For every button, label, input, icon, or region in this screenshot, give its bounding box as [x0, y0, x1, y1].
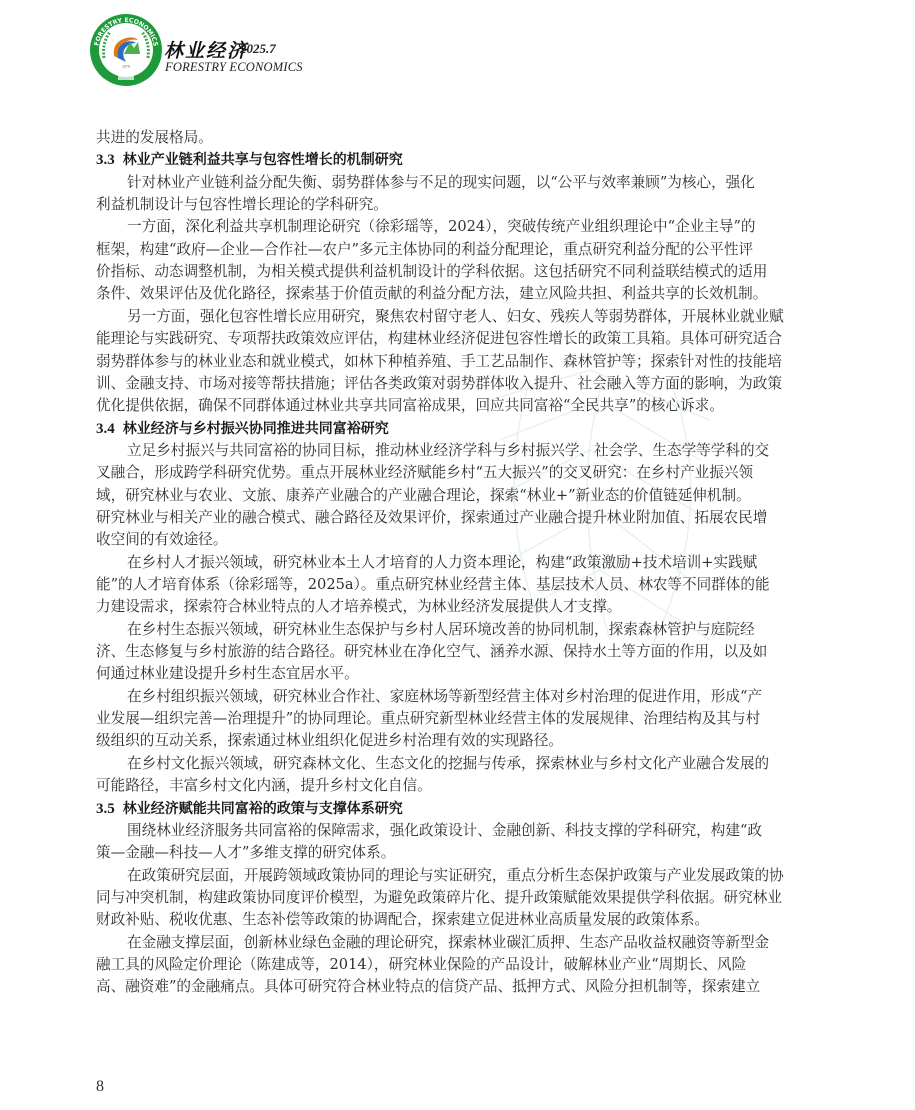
- paragraph-line: 价指标、动态调整机制，为相关模式提供利益机制设计的学科依据。这包括研究不同利益联…: [96, 262, 818, 282]
- section-heading: 3.3林业产业链利益共享与包容性增长的机制研究: [96, 150, 818, 170]
- paragraph-line: 条件、效果评估及优化路径，探索基于价值贡献的利益分配方法，建立风险共担、利益共享…: [96, 284, 818, 304]
- paragraph-line: 收空间的有效途径。: [96, 530, 818, 550]
- paragraph-line: 财政补贴、税收优惠、生态补偿等政策的协调配合，探索建立促进林业高质量发展的政策体…: [96, 910, 818, 930]
- paragraph-line: 利益机制设计与包容性增长理论的学科研究。: [96, 195, 818, 215]
- issue-number: 2025.7: [240, 41, 276, 57]
- section-title: 林业产业链利益共享与包容性增长的机制研究: [123, 152, 403, 168]
- paragraph-line: 力建设需求，探索符合林业特点的人才培养模式，为林业经济发展提供人才支撑。: [96, 597, 818, 617]
- paragraph-first-line: 在政策研究层面，开展跨领域政策协同的理论与实证研究，重点分析生态保护政策与产业发…: [127, 866, 818, 886]
- paragraph-first-line: 在乡村组织振兴领域，研究林业合作社、家庭林场等新型经营主体对乡村治理的促进作用，…: [127, 687, 818, 707]
- paragraph-line: 业发展—组织完善—治理提升”的协同理论。重点研究新型林业经营主体的发展规律、治理…: [96, 709, 818, 729]
- section-title: 林业经济赋能共同富裕的政策与支撑体系研究: [123, 801, 403, 817]
- paragraph-first-line: 在乡村文化振兴领域，研究森林文化、生态文化的挖掘与传承，探索林业与乡村文化产业融…: [127, 754, 818, 774]
- paragraph-line: 济、生态修复与乡村旅游的结合路径。研究林业在净化空气、涵养水源、保持水土等方面的…: [96, 642, 818, 662]
- section-title: 林业经济与乡村振兴协同推进共同富裕研究: [123, 421, 389, 437]
- section-number: 3.5: [96, 801, 115, 817]
- section-number: 3.4: [96, 421, 115, 437]
- paragraph-line: 能理论与实践研究、专项帮扶政策效应评估，构建林业经济促进包容性增长的政策工具箱。…: [96, 329, 818, 349]
- paragraph-line: 叉融合，形成跨学科研究优势。重点开展林业经济赋能乡村“五大振兴”的交叉研究：在乡…: [96, 463, 818, 483]
- journal-title-en: FORESTRY ECONOMICS: [165, 60, 303, 75]
- page-number: 8: [96, 1078, 104, 1096]
- section-heading: 3.5林业经济赋能共同富裕的政策与支撑体系研究: [96, 799, 818, 819]
- paragraph-first-line: 一方面，深化利益共享机制理论研究（徐彩瑶等，2024），突破传统产业组织理论中“…: [127, 217, 818, 237]
- section-heading: 3.4林业经济与乡村振兴协同推进共同富裕研究: [96, 419, 818, 439]
- paragraph-first-line: 另一方面，强化包容性增长应用研究，聚焦农村留守老人、妇女、残疾人等弱势群体，开展…: [127, 307, 818, 327]
- journal-header: FORESTRY ECONOMICS 1979 林业经济 2025.7 FORE…: [88, 12, 348, 92]
- paragraph-line: 优化提供依据，确保不同群体通过林业共享共同富裕成果，回应共同富裕“全民共享”的核…: [96, 396, 818, 416]
- paragraph-first-line: 针对林业产业链利益分配失衡、弱势群体参与不足的现实问题，以“公平与效率兼顾”为核…: [127, 173, 818, 193]
- paragraph-line: 级组织的互动关系，探索通过林业组织化促进乡村治理有效的实现路径。: [96, 731, 818, 751]
- paragraph-line: 可能路径，丰富乡村文化内涵，提升乡村文化自信。: [96, 776, 818, 796]
- paragraph-line: 弱势群体参与的林业业态和就业模式，如林下种植养殖、手工艺品制作、森林管护等；探索…: [96, 352, 818, 372]
- paragraph-first-line: 围绕林业经济服务共同富裕的保障需求，强化政策设计、金融创新、科技支撑的学科研究，…: [127, 821, 818, 841]
- paragraph-line: 同与冲突机制，构建政策协同度评价模型，为避免政策碎片化、提升政策赋能效果提供学科…: [96, 888, 818, 908]
- paragraph-line: 策—金融—科技—人才”多维支撑的研究体系。: [96, 843, 818, 863]
- paragraph-line: 共进的发展格局。: [96, 128, 818, 148]
- paragraph-line: 框架，构建“政府—企业—合作社—农户”多元主体协同的利益分配理论，重点研究利益分…: [96, 240, 818, 260]
- paragraph-line: 训、金融支持、市场对接等帮扶措施；评估各类政策对弱势群体收入提升、社会融入等方面…: [96, 374, 818, 394]
- paragraph-line: 能”的人才培育体系（徐彩瑶等，2025a）。重点研究林业经营主体、基层技术人员、…: [96, 575, 818, 595]
- paragraph-line: 何通过林业建设提升乡村生态宜居水平。: [96, 664, 818, 684]
- paragraph-first-line: 立足乡村振兴与共同富裕的协同目标，推动林业经济学科与乡村振兴学、社会学、生态学等…: [127, 441, 818, 461]
- paragraph-first-line: 在金融支撑层面，创新林业绿色金融的理论研究，探索林业碳汇质押、生态产品收益权融资…: [127, 933, 818, 953]
- paragraph-line: 研究林业与相关产业的融合模式、融合路径及效果评价，探索通过产业融合提升林业附加值…: [96, 508, 818, 528]
- paragraph-line: 高、融资难”的金融痛点。具体可研究符合林业特点的信贷产品、抵押方式、风险分担机制…: [96, 977, 818, 997]
- paragraph-first-line: 在乡村生态振兴领域，研究林业生态保护与乡村人居环境改善的协同机制，探索森林管护与…: [127, 620, 818, 640]
- section-number: 3.3: [96, 152, 115, 168]
- journal-title-cn: 林业经济: [164, 36, 248, 63]
- paragraph-line: 融工具的风险定价理论（陈建成等，2014），研究林业保险的产品设计，破解林业产业…: [96, 955, 818, 975]
- journal-logo-icon: FORESTRY ECONOMICS 1979: [88, 12, 164, 88]
- paragraph-line: 域，研究林业与农业、文旅、康养产业融合的产业融合理论，探索“林业+”新业态的价值…: [96, 486, 818, 506]
- paragraph-first-line: 在乡村人才振兴领域，研究林业本土人才培育的人力资本理论，构建“政策激励+技术培训…: [127, 553, 818, 573]
- svg-text:1979: 1979: [122, 64, 130, 69]
